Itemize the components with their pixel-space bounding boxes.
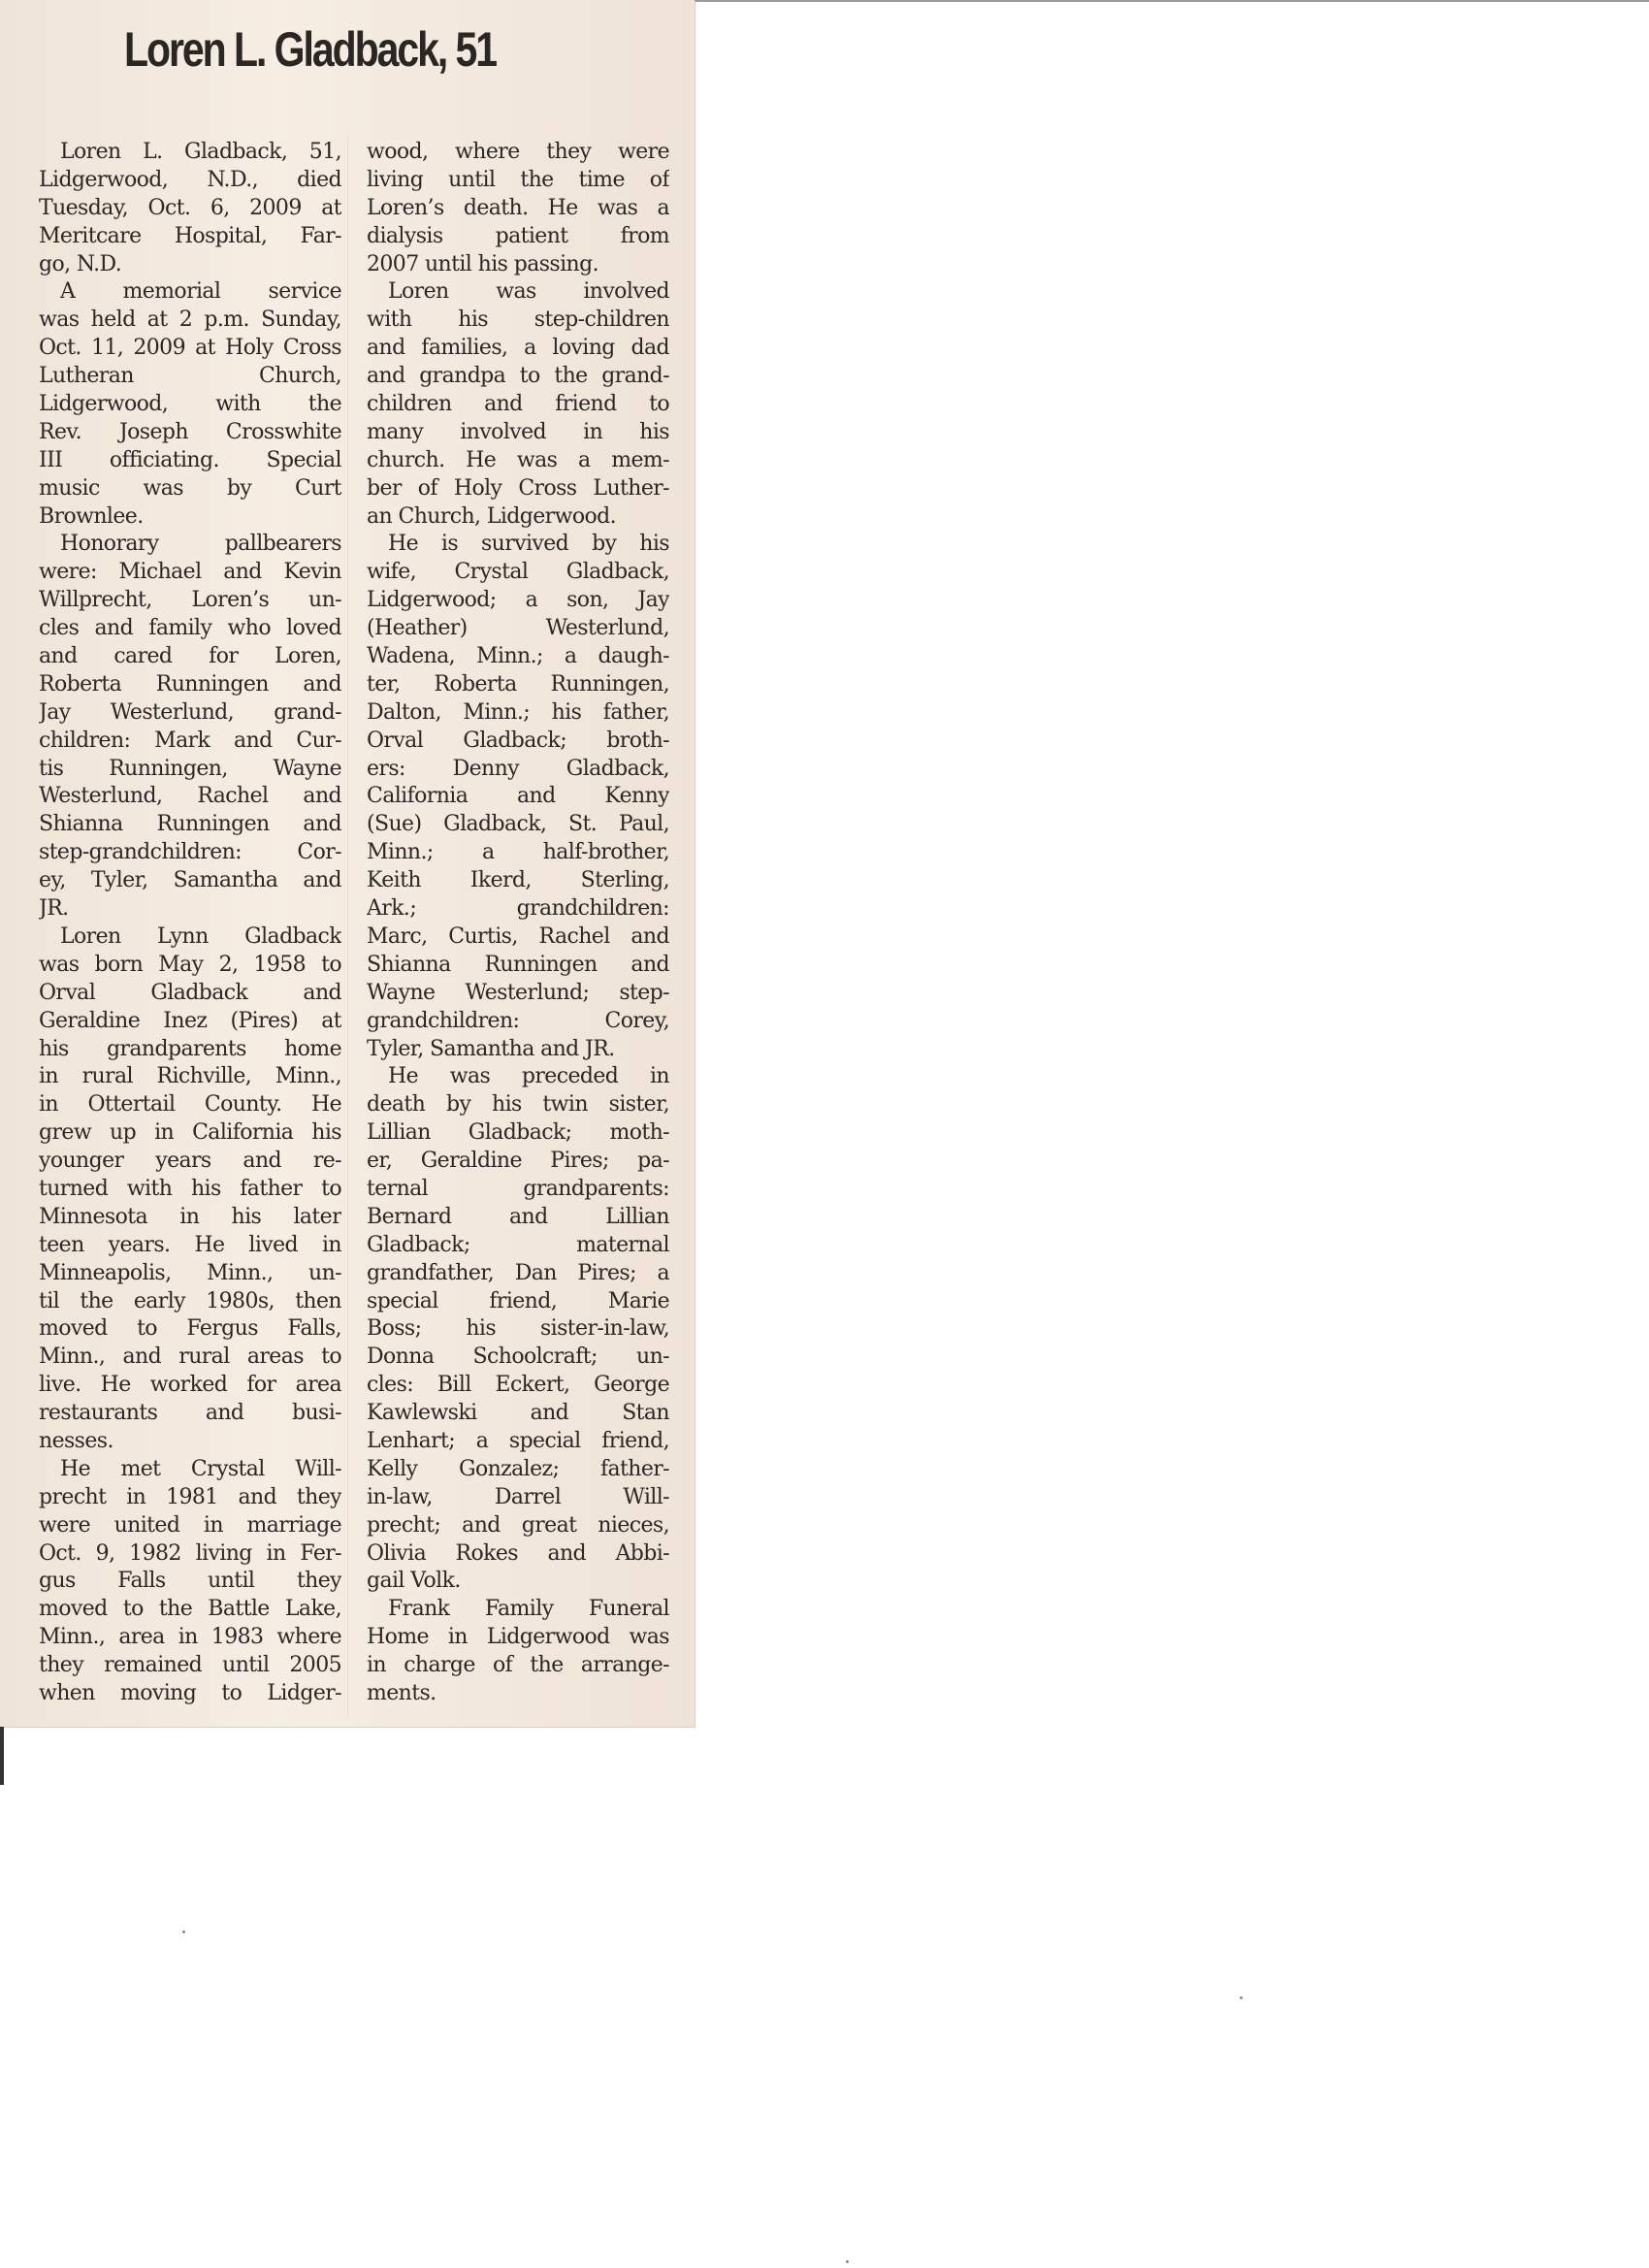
right-column: wood, where they wereliving until the ti…	[367, 139, 669, 1708]
text-line: his grandparents home	[39, 1036, 341, 1064]
text-line: music was by Curt	[39, 475, 341, 503]
text-line: Minn., and rural areas to	[39, 1344, 341, 1372]
text-line: were: Michael and Kevin	[39, 559, 341, 587]
text-line: church. He was a mem-	[367, 447, 669, 475]
left-column: Loren L. Gladback, 51,Lidgerwood, N.D., …	[39, 139, 341, 1708]
text-line: were united in marriage	[39, 1512, 341, 1540]
scan-speck	[846, 2260, 849, 2263]
text-line: grew up in California his	[39, 1119, 341, 1148]
column-divider	[347, 136, 348, 1717]
text-line: grandfather, Dan Pires; a	[367, 1260, 669, 1288]
text-line: Lidgerwood, N.D., died	[39, 167, 341, 195]
text-line: many involved in his	[367, 419, 669, 447]
text-line: Jay Westerlund, grand-	[39, 699, 341, 728]
text-line: ternal grandparents:	[367, 1176, 669, 1204]
text-line: Loren’s death. He was a	[367, 195, 669, 223]
text-line: JR.	[39, 895, 341, 923]
text-line: Roberta Runningen and	[39, 671, 341, 699]
text-line: He met Crystal Will-	[39, 1456, 341, 1484]
text-line: Lutheran Church,	[39, 363, 341, 391]
text-line: Minn., area in 1983 where	[39, 1624, 341, 1652]
text-line: A memorial service	[39, 278, 341, 307]
text-line: precht in 1981 and they	[39, 1484, 341, 1512]
text-line: III officiating. Special	[39, 447, 341, 475]
text-line: Rev. Joseph Crosswhite	[39, 419, 341, 447]
text-line: Loren was involved	[367, 278, 669, 307]
text-line: live. He worked for area	[39, 1372, 341, 1400]
text-line: Tyler, Samantha and JR.	[367, 1036, 669, 1064]
text-line: Orval Gladback; broth-	[367, 728, 669, 756]
scan-edge-mark	[0, 1727, 4, 1785]
text-line: and grandpa to the grand-	[367, 363, 669, 391]
text-line: an Church, Lidgerwood.	[367, 503, 669, 532]
text-line: Tuesday, Oct. 6, 2009 at	[39, 195, 341, 223]
text-line: Bernard and Lillian	[367, 1204, 669, 1232]
text-line: step-grandchildren: Cor-	[39, 839, 341, 867]
text-line: teen years. He lived in	[39, 1232, 341, 1260]
text-line: ey, Tyler, Samantha and	[39, 867, 341, 895]
text-line: was held at 2 p.m. Sunday,	[39, 307, 341, 335]
text-line: living until the time of	[367, 167, 669, 195]
text-line: Wayne Westerlund; step-	[367, 980, 669, 1008]
text-line: Minn.; a half-brother,	[367, 839, 669, 867]
text-line: and cared for Loren,	[39, 643, 341, 671]
text-line: ers: Denny Gladback,	[367, 756, 669, 784]
text-line: Lenhart; a special friend,	[367, 1428, 669, 1456]
text-line: Lidgerwood; a son, Jay	[367, 587, 669, 615]
text-line: wife, Crystal Gladback,	[367, 559, 669, 587]
text-line: dialysis patient from	[367, 223, 669, 251]
text-line: He was preceded in	[367, 1063, 669, 1091]
newspaper-clipping: Loren L. Gladback, 51 Loren L. Gladback,…	[0, 0, 695, 1727]
text-line: children: Mark and Cur-	[39, 728, 341, 756]
text-line: when moving to Lidger-	[39, 1680, 341, 1708]
text-line: cles: Bill Eckert, George	[367, 1372, 669, 1400]
text-line: Shianna Runningen and	[367, 952, 669, 980]
text-line: younger years and re-	[39, 1148, 341, 1176]
text-line: 2007 until his passing.	[367, 251, 669, 279]
text-line: Kawlewski and Stan	[367, 1400, 669, 1428]
scan-speck	[182, 1930, 185, 1933]
text-line: Olivia Rokes and Abbi-	[367, 1540, 669, 1569]
text-line: Keith Ikerd, Sterling,	[367, 867, 669, 895]
text-line: Honorary pallbearers	[39, 531, 341, 559]
text-line: precht; and great nieces,	[367, 1512, 669, 1540]
text-line: er, Geraldine Pires; pa-	[367, 1148, 669, 1176]
text-line: they remained until 2005	[39, 1652, 341, 1680]
text-line: gus Falls until they	[39, 1568, 341, 1596]
text-line: moved to Fergus Falls,	[39, 1315, 341, 1344]
text-line: go, N.D.	[39, 251, 341, 279]
obituary-headline: Loren L. Gladback, 51	[124, 21, 496, 78]
text-line: moved to the Battle Lake,	[39, 1596, 341, 1624]
text-line: He is survived by his	[367, 531, 669, 559]
text-line: restaurants and busi-	[39, 1400, 341, 1428]
text-line: ments.	[367, 1680, 669, 1708]
text-line: Westerlund, Rachel and	[39, 783, 341, 811]
text-line: Lidgerwood, with the	[39, 391, 341, 419]
text-line: Oct. 11, 2009 at Holy Cross	[39, 335, 341, 363]
text-line: nesses.	[39, 1428, 341, 1456]
text-line: Meritcare Hospital, Far-	[39, 223, 341, 251]
text-line: Willprecht, Loren’s un-	[39, 587, 341, 615]
text-line: death by his twin sister,	[367, 1091, 669, 1119]
text-line: Minnesota in his later	[39, 1204, 341, 1232]
text-line: Frank Family Funeral	[367, 1596, 669, 1624]
text-line: in rural Richville, Minn.,	[39, 1063, 341, 1091]
text-line: gail Volk.	[367, 1568, 669, 1596]
text-line: children and friend to	[367, 391, 669, 419]
text-line: ter, Roberta Runningen,	[367, 671, 669, 699]
text-line: Geraldine Inez (Pires) at	[39, 1008, 341, 1036]
text-line: Oct. 9, 1982 living in Fer-	[39, 1540, 341, 1569]
text-line: Loren Lynn Gladback	[39, 923, 341, 952]
text-line: in charge of the arrange-	[367, 1652, 669, 1680]
text-line: Orval Gladback and	[39, 980, 341, 1008]
text-line: Home in Lidgerwood was	[367, 1624, 669, 1652]
text-line: wood, where they were	[367, 139, 669, 167]
text-line: cles and family who loved	[39, 615, 341, 643]
text-line: til the early 1980s, then	[39, 1288, 341, 1316]
text-line: was born May 2, 1958 to	[39, 952, 341, 980]
text-line: Lillian Gladback; moth-	[367, 1119, 669, 1148]
text-line: Shianna Runningen and	[39, 811, 341, 839]
text-line: Ark.; grandchildren:	[367, 895, 669, 923]
text-line: California and Kenny	[367, 783, 669, 811]
text-line: and families, a loving dad	[367, 335, 669, 363]
text-line: special friend, Marie	[367, 1288, 669, 1316]
text-line: Boss; his sister-in-law,	[367, 1315, 669, 1344]
text-line: Minneapolis, Minn., un-	[39, 1260, 341, 1288]
scan-speck	[1240, 1996, 1243, 1999]
text-line: grandchildren: Corey,	[367, 1008, 669, 1036]
text-line: turned with his father to	[39, 1176, 341, 1204]
text-line: Kelly Gonzalez; father-	[367, 1456, 669, 1484]
text-line: Marc, Curtis, Rachel and	[367, 923, 669, 952]
text-line: Loren L. Gladback, 51,	[39, 139, 341, 167]
text-line: ber of Holy Cross Luther-	[367, 475, 669, 503]
text-line: (Heather) Westerlund,	[367, 615, 669, 643]
text-line: with his step-children	[367, 307, 669, 335]
text-line: Donna Schoolcraft; un-	[367, 1344, 669, 1372]
text-line: (Sue) Gladback, St. Paul,	[367, 811, 669, 839]
text-line: tis Runningen, Wayne	[39, 756, 341, 784]
text-line: in-law, Darrel Will-	[367, 1484, 669, 1512]
text-line: Brownlee.	[39, 503, 341, 532]
text-line: Gladback; maternal	[367, 1232, 669, 1260]
text-line: Wadena, Minn.; a daugh-	[367, 643, 669, 671]
text-line: Dalton, Minn.; his father,	[367, 699, 669, 728]
text-line: in Ottertail County. He	[39, 1091, 341, 1119]
